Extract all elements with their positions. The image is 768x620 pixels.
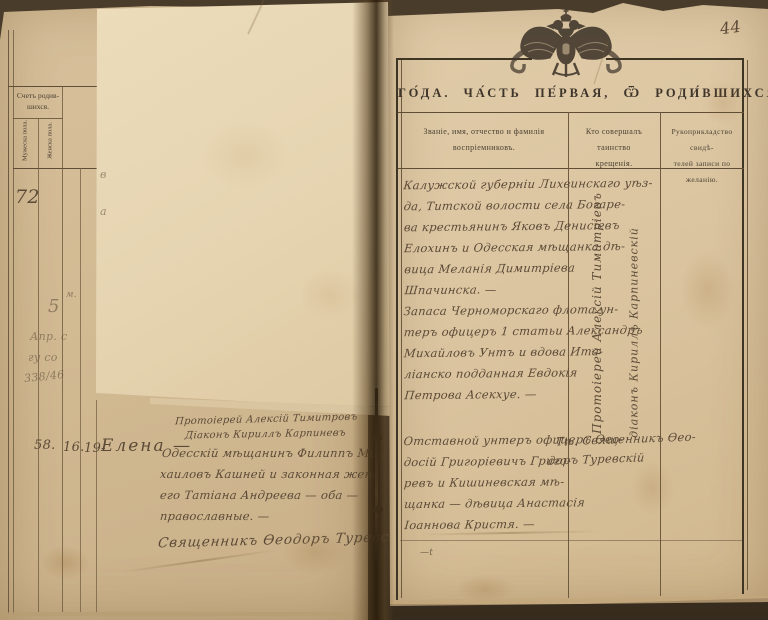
left-parents-line: православные. —	[159, 509, 270, 523]
table-rule	[62, 86, 63, 612]
column-header-witness: Рукоприкладство свидѣ- телей записи по ж…	[662, 124, 742, 188]
edge-fragment: а	[100, 205, 107, 218]
entry-line: Михайловъ Унтъ и вдова Ита-	[403, 341, 644, 365]
male-count-number: 72	[15, 186, 40, 208]
table-rule	[660, 112, 661, 596]
entry-line: Калужской губерніи Лихвинскаго уѣз-	[402, 173, 653, 197]
left-parents-line: хаиловъ Кашней и законная жена	[159, 467, 380, 481]
entry-line: Шпачинска. —	[404, 278, 655, 302]
entry-line: Елохинъ и Одесская мѣщанка дѣ-	[403, 236, 654, 260]
register-entry-1: Калужской губерніи Лихвинскаго уѣз- да, …	[403, 173, 654, 302]
entry-line: ревъ и Кишиневская мѣ-	[403, 471, 625, 494]
column-header-clergy: Кто совершалъ таинство крещенія.	[572, 124, 656, 172]
entry-line: ва крестьянинъ Яковъ Денисіевъ	[403, 215, 654, 239]
folio-number: 44	[719, 17, 742, 39]
binding-thread	[375, 388, 378, 566]
entry-line: да, Титской волости села Богаре-	[403, 194, 654, 218]
frame-border	[401, 60, 402, 598]
column-header-line: телей записи по желанію.	[662, 156, 742, 188]
table-rule	[398, 112, 744, 113]
column-header-line: крещенія.	[572, 156, 656, 172]
entry-line: щанка — дѣвица Анастасія	[403, 492, 625, 515]
table-rule	[96, 400, 97, 612]
table-rule	[400, 540, 742, 541]
entry-born-day: 16.	[63, 440, 85, 455]
frame-border	[742, 58, 744, 594]
table-rule	[8, 30, 9, 614]
binding-gutter	[352, 0, 394, 620]
table-rule	[80, 168, 81, 612]
left-parents-line: его Татіана Андреева — оба —	[159, 488, 359, 502]
column-header-line: Званіе, имя, отчество и фамилія	[404, 124, 564, 140]
register-entry-2: Запаса Черноморскаго флота ун- теръ офиц…	[403, 299, 643, 406]
edge-fragment: в	[100, 168, 107, 181]
loose-sheet	[94, 0, 392, 416]
binding-knot	[373, 506, 383, 513]
column-male-label: Мужеска пола.	[22, 112, 29, 170]
column-header-line: Кто совершалъ таинство	[572, 124, 656, 156]
left-parents-line: Одесскій мѣщанинъ Филиппъ Ми-	[161, 446, 382, 460]
vertical-clergy-signature: Протоіерей Алексій Тимитріевъ	[590, 168, 604, 458]
entry-line: вица Меланія Димитріева	[403, 257, 654, 281]
column-header-line: Рукоприкладство свидѣ-	[662, 124, 742, 156]
left-count-header-line2: шихся.	[12, 101, 64, 112]
binding-knot	[372, 434, 382, 441]
column-header-godparents: Званіе, имя, отчество и фамилія воспріем…	[404, 124, 564, 156]
margin-fragment: м.	[66, 290, 77, 300]
frame-border	[606, 58, 744, 60]
entry-count: 58.	[34, 438, 56, 453]
margin-fragment: 5	[48, 296, 60, 317]
entry-line: теръ офицеръ 1 статьи Александръ	[403, 320, 644, 344]
left-count-header: Счетъ родив- шихся.	[12, 90, 64, 112]
entry-line: Запаса Черноморскаго флота ун-	[403, 299, 644, 323]
column-header-line: воспріемниковъ.	[404, 140, 564, 156]
metrical-book-scan: Счетъ родив- шихся. Мужеска пола. Женска…	[0, 0, 768, 620]
column-female-label: Женска пола.	[47, 112, 54, 170]
frame-border	[396, 58, 398, 600]
register-title: ГО́ДА. ЧА́СТЬ ПЕ́РВАЯ, Ѿ РОДИ́ВШИХСЯ.	[398, 86, 746, 101]
table-rule	[8, 86, 98, 87]
margin-fragment: гу со	[28, 351, 58, 364]
left-count-header-line1: Счетъ родив-	[12, 90, 64, 101]
under-page-edge	[0, 612, 366, 616]
vertical-clergy-signature: діаконъ Кириллъ Карпиневскій	[628, 199, 641, 467]
ink-mark: —t	[420, 548, 433, 558]
frame-border	[747, 60, 748, 590]
margin-fragment: Апр. с	[30, 330, 67, 343]
entry-line: ліанско подданная Евдокія	[403, 362, 644, 386]
entry-line: Петрова Асекхуе. —	[403, 383, 644, 407]
